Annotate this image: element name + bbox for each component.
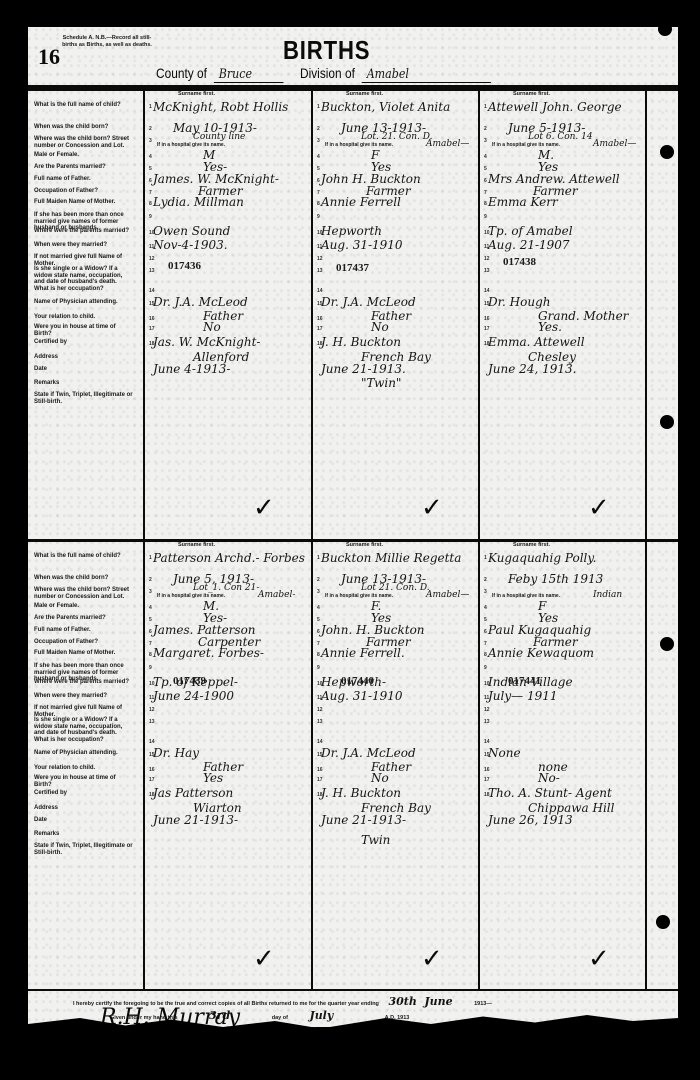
column-divider — [645, 88, 647, 539]
registration-number: 017439 — [173, 675, 206, 687]
row-number: 3 — [149, 589, 152, 595]
checkmark-icon: ✓ — [253, 493, 275, 523]
row-label: What is her occupation? — [34, 286, 134, 293]
row-number: 8 — [484, 201, 487, 207]
punch-hole — [658, 22, 672, 36]
row-number: 4 — [149, 605, 152, 611]
row-label: Male or Female. — [34, 152, 134, 159]
column-divider — [478, 88, 480, 539]
page-number: 16 — [38, 44, 60, 70]
division-value: Amabel — [362, 67, 491, 83]
field-hospital: Amabel— — [426, 139, 469, 149]
county-label: County of — [156, 65, 207, 81]
row-label: State if Twin, Triplet, Illegitimate or … — [34, 392, 134, 405]
row-number: 16 — [484, 767, 490, 773]
column-divider — [478, 539, 480, 989]
birth-register-page: 16 Schedule A. N.B.—Record all still-bir… — [28, 27, 678, 1027]
field-where: Lot. 21. Con. D. — [361, 132, 433, 142]
row-number: 12 — [317, 256, 323, 262]
field-where: Lot_1. Con 21- — [193, 583, 259, 593]
row-number: 2 — [149, 577, 152, 583]
row-number: 6 — [149, 178, 152, 184]
field-in-house: No — [203, 320, 221, 334]
row-number: 8 — [149, 201, 152, 207]
row-number: 3 — [317, 589, 320, 595]
row-number: 16 — [149, 767, 155, 773]
field-in-house: No — [371, 320, 389, 334]
row-number: 4 — [149, 154, 152, 160]
row-number: 1 — [149, 555, 152, 561]
row-number: 9 — [484, 665, 487, 671]
row-label: Address — [34, 805, 134, 812]
row-number: 5 — [149, 166, 152, 172]
row-label: Certified by — [34, 339, 134, 346]
column-header: Surname first. — [513, 542, 550, 548]
row-number: 5 — [484, 166, 487, 172]
row-number: 9 — [317, 665, 320, 671]
hospital-prompt: If in a hospital give its name. — [325, 142, 393, 148]
field-certified-by: J. H. Buckton — [321, 335, 401, 349]
field-date: June 24, 1913. — [488, 362, 576, 376]
county-division-line: County of Bruce Division of Amabel — [156, 65, 494, 83]
row-label: When were they married? — [34, 693, 134, 700]
field-where-married: Hepworth — [321, 224, 382, 238]
row-number: 14 — [484, 288, 490, 294]
row-number: 12 — [317, 707, 323, 713]
column-divider — [143, 539, 145, 989]
column-divider — [645, 539, 647, 989]
row-number: 12 — [149, 256, 155, 262]
hospital-prompt: If in a hospital give its name. — [325, 593, 393, 599]
row-label: Date — [34, 817, 134, 824]
column-header: Surname first. — [346, 91, 383, 97]
field-date: June 21-1913. — [321, 362, 406, 376]
field-when-married: July— 1911 — [488, 689, 558, 703]
field-mother-maiden: Emma Kerr — [488, 195, 558, 209]
row-label: Were you in house at time of Birth? — [34, 324, 134, 337]
field-certified-by: Tho. A. Stunt- Agent — [488, 786, 612, 800]
division-label: Division of — [300, 65, 355, 81]
checkmark-icon: ✓ — [421, 493, 443, 523]
row-number: 6 — [317, 629, 320, 635]
field-where: Lot 6. Con. 14 — [528, 132, 593, 142]
row-label: Remarks — [34, 831, 134, 838]
row-label: Certified by — [34, 790, 134, 797]
row-label: When was the child born? — [34, 124, 134, 131]
field-name: Buckton, Violet Anita — [321, 100, 450, 114]
row-label: Remarks — [34, 380, 134, 387]
row-label: Were you in house at time of Birth? — [34, 775, 134, 788]
row-number: 17 — [484, 326, 490, 332]
row-number: 17 — [317, 326, 323, 332]
row-number: 3 — [149, 138, 152, 144]
registration-number: 017438 — [503, 256, 536, 268]
row-number: 12 — [484, 256, 490, 262]
row-label: What is the full name of child? — [34, 553, 134, 560]
row-label: Full Maiden Name of Mother. — [34, 650, 134, 657]
field-mother-maiden: Annie Kewaquom — [488, 646, 594, 660]
field-name: McKnight, Robt Hollis — [153, 100, 288, 114]
field-physician: None — [488, 746, 521, 760]
row-label: State if Twin, Triplet, Illegitimate or … — [34, 843, 134, 856]
punch-hole — [660, 637, 674, 651]
row-number: 8 — [317, 652, 320, 658]
row-label: Date — [34, 366, 134, 373]
row-label: Is she single or a Widow? If a widow sta… — [34, 717, 134, 737]
row-number: 4 — [484, 154, 487, 160]
schedule-note: Schedule A. N.B.—Record all still-births… — [62, 35, 152, 49]
field-mother-maiden: Margaret. Forbes- — [153, 646, 264, 660]
row-label: Full Maiden Name of Mother. — [34, 199, 134, 206]
row-label: Name of Physician attending. — [34, 750, 134, 757]
field-hospital: Amabel— — [426, 590, 469, 600]
row-number: 5 — [317, 166, 320, 172]
row-label: Name of Physician attending. — [34, 299, 134, 306]
field-when-married: Aug. 31-1910 — [321, 238, 403, 252]
row-number: 1 — [484, 555, 487, 561]
row-number: 17 — [149, 777, 155, 783]
registration-number: 017440 — [341, 675, 374, 687]
column-header: Surname first. — [178, 542, 215, 548]
row-label: Your relation to child. — [34, 765, 134, 772]
row-number: 14 — [317, 288, 323, 294]
row-label: Are the Parents married? — [34, 164, 134, 171]
row-number: 6 — [149, 629, 152, 635]
row-number: 14 — [484, 739, 490, 745]
row-number: 7 — [484, 641, 487, 647]
checkmark-icon: ✓ — [421, 944, 443, 974]
field-hospital: Amabel— — [593, 139, 636, 149]
field-date: June 26, 1913 — [488, 813, 573, 827]
field-when-married: Nov-4-1903. — [153, 238, 228, 252]
field-name: Kugaquahig Polly. — [488, 551, 596, 565]
row-number: 14 — [149, 288, 155, 294]
row-number: 13 — [317, 268, 323, 274]
row-number: 7 — [317, 641, 320, 647]
row-number: 9 — [484, 214, 487, 220]
row-label: What is her occupation? — [34, 737, 134, 744]
field-where-married: Tp. of Amabel — [488, 224, 573, 238]
row-label: Where was the child born? Street number … — [34, 136, 134, 149]
row-label: Is she single or a Widow? If a widow sta… — [34, 266, 134, 286]
row-number: 17 — [484, 777, 490, 783]
row-number: 8 — [484, 652, 487, 658]
row-number: 13 — [484, 268, 490, 274]
row-number: 17 — [317, 777, 323, 783]
field-physician: Dr. Hough — [488, 295, 551, 309]
row-label: Address — [34, 354, 134, 361]
county-value: Bruce — [214, 67, 284, 83]
row-number: 7 — [317, 190, 320, 196]
registration-number: 017437 — [336, 262, 369, 274]
row-number: 9 — [149, 665, 152, 671]
row-number: 4 — [317, 154, 320, 160]
row-number: 1 — [149, 104, 152, 110]
row-number: 6 — [484, 178, 487, 184]
checkmark-icon: ✓ — [253, 944, 275, 974]
row-number: 13 — [317, 719, 323, 725]
row-label: When was the child born? — [34, 575, 134, 582]
row-number: 7 — [149, 190, 152, 196]
row-number: 13 — [484, 719, 490, 725]
field-where-married: Owen Sound — [153, 224, 230, 238]
row-number: 2 — [484, 126, 487, 132]
row-label: What is the full name of child? — [34, 102, 134, 109]
punch-hole — [660, 145, 674, 159]
field-when-married: June 24-1900 — [153, 689, 234, 703]
punch-hole — [660, 415, 674, 429]
row-label: Are the Parents married? — [34, 615, 134, 622]
row-number: 5 — [149, 617, 152, 623]
row-label: When were they married? — [34, 242, 134, 249]
punch-hole — [656, 915, 670, 929]
row-number: 5 — [317, 617, 320, 623]
row-number: 14 — [317, 739, 323, 745]
row-number: 6 — [317, 178, 320, 184]
field-born: Feby 15th 1913 — [508, 572, 603, 586]
row-number: 16 — [484, 316, 490, 322]
field-in-house: No- — [538, 771, 560, 785]
field-in-house: No — [371, 771, 389, 785]
field-certified-by: Jas. W. McKnight- — [153, 335, 260, 349]
row-label: Occupation of Father? — [34, 639, 134, 646]
row-number: 6 — [484, 629, 487, 635]
row-label: Where were the parents married? — [34, 679, 134, 686]
field-physician: Dr. Hay — [153, 746, 199, 760]
row-number: 14 — [149, 739, 155, 745]
row-label: Male or Female. — [34, 603, 134, 610]
field-when-married: Aug. 21-1907 — [488, 238, 570, 252]
row-number: 1 — [317, 104, 320, 110]
row-number: 7 — [149, 641, 152, 647]
field-remarks: "Twin" — [361, 376, 401, 390]
row-number: 3 — [484, 589, 487, 595]
page-title: BIRTHS — [283, 35, 370, 66]
footer-rule — [28, 989, 678, 991]
row-number: 16 — [317, 767, 323, 773]
field-hospital: Indian — [593, 590, 622, 600]
row-number: 8 — [149, 652, 152, 658]
field-physician: Dr. J.A. McLeod — [321, 295, 416, 309]
row-label: Occupation of Father? — [34, 188, 134, 195]
field-where: Lot 21. Con. D. — [361, 583, 430, 593]
row-number: 13 — [149, 719, 155, 725]
row-number: 3 — [484, 138, 487, 144]
column-header: Surname first. — [346, 542, 383, 548]
column-header: Surname first. — [513, 91, 550, 97]
field-physician: Dr. J.A. McLeod — [321, 746, 416, 760]
row-number: 1 — [317, 555, 320, 561]
row-number: 4 — [317, 605, 320, 611]
field-hospital: Amabel- — [258, 590, 295, 600]
row-number: 7 — [484, 190, 487, 196]
field-name: Patterson Archd.- Forbes — [153, 551, 305, 565]
field-date: June 4-1913- — [153, 362, 230, 376]
field-certified-by: J. H. Buckton — [321, 786, 401, 800]
row-number: 2 — [484, 577, 487, 583]
row-number: 2 — [317, 126, 320, 132]
field-in-house: Yes. — [538, 320, 562, 334]
field-where: County line — [193, 132, 245, 142]
row-number: 9 — [317, 214, 320, 220]
field-name: Buckton Millie Regetta — [321, 551, 461, 565]
field-mother-maiden: Annie Ferrell. — [321, 646, 405, 660]
field-mother-maiden: Lydia. Millman — [153, 195, 244, 209]
checkmark-icon: ✓ — [588, 493, 610, 523]
column-header: Surname first. — [178, 91, 215, 97]
registration-number: 017441 — [508, 675, 541, 687]
row-number: 9 — [149, 214, 152, 220]
row-label: Full name of Father. — [34, 176, 134, 183]
row-number: 13 — [149, 268, 155, 274]
field-in-house: Yes — [203, 771, 223, 785]
row-number: 5 — [484, 617, 487, 623]
row-number: 1 — [484, 104, 487, 110]
row-label: Where was the child born? Street number … — [34, 587, 134, 600]
row-number: 2 — [149, 126, 152, 132]
row-number: 16 — [317, 316, 323, 322]
field-date: June 21-1913- — [321, 813, 406, 827]
row-number: 3 — [317, 138, 320, 144]
field-when-married: Aug. 31-1910 — [321, 689, 403, 703]
row-label: Full name of Father. — [34, 627, 134, 634]
field-certified-by: Emma. Attewell — [488, 335, 585, 349]
row-number: 8 — [317, 201, 320, 207]
registration-number: 017436 — [168, 260, 201, 272]
field-date: June 21-1913- — [153, 813, 238, 827]
field-mother-maiden: Annie Ferrell — [321, 195, 401, 209]
column-divider — [311, 539, 313, 989]
column-divider — [311, 88, 313, 539]
row-number: 12 — [149, 707, 155, 713]
row-label: Your relation to child. — [34, 314, 134, 321]
checkmark-icon: ✓ — [588, 944, 610, 974]
row-number: 17 — [149, 326, 155, 332]
field-status: Twin — [361, 833, 390, 847]
field-certified-by: Jas Patterson — [153, 786, 233, 800]
row-number: 12 — [484, 707, 490, 713]
hospital-prompt: If in a hospital give its name. — [492, 593, 560, 599]
column-divider — [143, 88, 145, 539]
field-physician: Dr. J.A. McLeod — [153, 295, 248, 309]
field-name: Attewell John. George — [488, 100, 622, 114]
row-label: Where were the parents married? — [34, 228, 134, 235]
row-number: 4 — [484, 605, 487, 611]
row-number: 2 — [317, 577, 320, 583]
row-number: 16 — [149, 316, 155, 322]
